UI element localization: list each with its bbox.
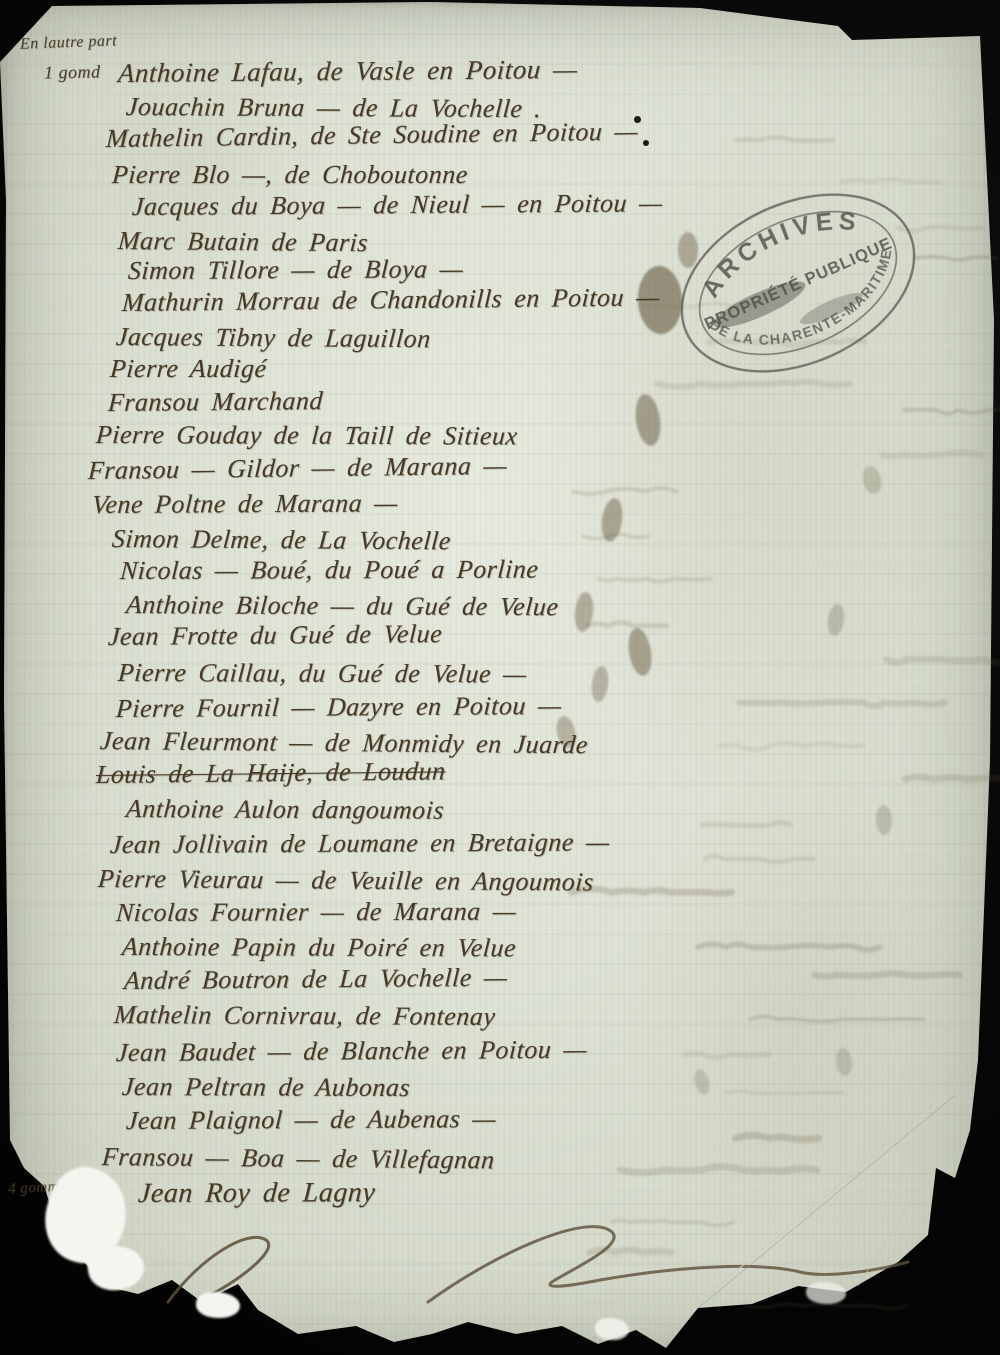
manuscript-line: Jean Frotte du Gué de Velue (107, 619, 443, 652)
manuscript-line: Pierre Audigé (109, 354, 268, 384)
manuscript-line: Pierre Vieurau — de Veuille en Angoumois (97, 864, 595, 897)
manuscript-line: Mathurin Morrau de Chandonills en Poitou… (121, 282, 661, 318)
manuscript-line: Pierre Caillau, du Gué de Velue — (117, 658, 528, 689)
manuscript-line: Jacques Tibny de Laguillon (115, 322, 432, 354)
torn-edge-highlight (196, 1292, 240, 1318)
manuscript-line: Anthoine Lafau, de Vasle en Poitou — (117, 54, 579, 89)
manuscript-scan: En lautre part 1 gomd 4 gomm Anthoine La… (0, 0, 1000, 1355)
manuscript-line: Marc Butain de Paris (117, 226, 369, 258)
ink-dot (634, 116, 641, 123)
manuscript-line: Jean Baudet — de Blanche en Poitou — (115, 1035, 588, 1068)
margin-note-header: En lautre part (20, 32, 118, 53)
manuscript-line: André Boutron de La Vochelle — (123, 963, 508, 996)
ink-dot (643, 140, 649, 146)
manuscript-line: Pierre Gouday de la Taill de Sitieux (95, 420, 519, 451)
manuscript-line: Jean Fleurmont — de Monmidy en Juarde (99, 726, 589, 760)
manuscript-line: Jean Roy de Lagny (137, 1177, 376, 1210)
manuscript-line: Jean Plaignol — de Aubenas — (125, 1104, 497, 1136)
manuscript-line: Fransou — Gildor — de Marana — (87, 451, 508, 486)
manuscript-line: Anthoine Biloche — du Gué de Velue (125, 590, 560, 622)
manuscript-line: Jean Jollivain de Loumane en Bretaigne — (109, 827, 611, 860)
manuscript-line: Jean Peltran de Aubonas (121, 1072, 411, 1103)
manuscript-line: Anthoine Papin du Poiré en Velue (121, 932, 517, 963)
manuscript-line: Fransou — Boa — de Villefagnan (101, 1142, 496, 1175)
manuscript-line: Pierre Blo —, de Choboutonne (111, 160, 469, 190)
manuscript-line: Simon Tillore — de Bloya — (127, 254, 464, 286)
torn-edge-highlight (595, 1318, 629, 1340)
manuscript-line: Louis de La Haije, de Loudun (95, 756, 446, 790)
manuscript-line: Pierre Fournil — Dazyre en Poitou — (115, 691, 563, 724)
margin-note-first-entry: 1 gomd (44, 62, 101, 84)
manuscript-line: Fransou Marchand (107, 386, 324, 418)
bleedthrough-squiggle (746, 1304, 906, 1308)
torn-edge-highlight (806, 1282, 846, 1304)
manuscript-line: Vene Poltne de Marana — (91, 488, 399, 520)
manuscript-line: Mathelin Cornivrau, de Fontenay (113, 1000, 497, 1032)
manuscript-line: Anthoine Aulon dangoumois (125, 794, 445, 826)
manuscript-line: Jacques du Boya — de Nieul — en Poitou — (131, 188, 664, 222)
manuscript-line: Nicolas Fournier — de Marana — (115, 897, 517, 928)
manuscript-line: Simon Delme, de La Vochelle (111, 524, 452, 556)
manuscript-line: Nicolas — Boué, du Poué a Porline (119, 555, 539, 586)
